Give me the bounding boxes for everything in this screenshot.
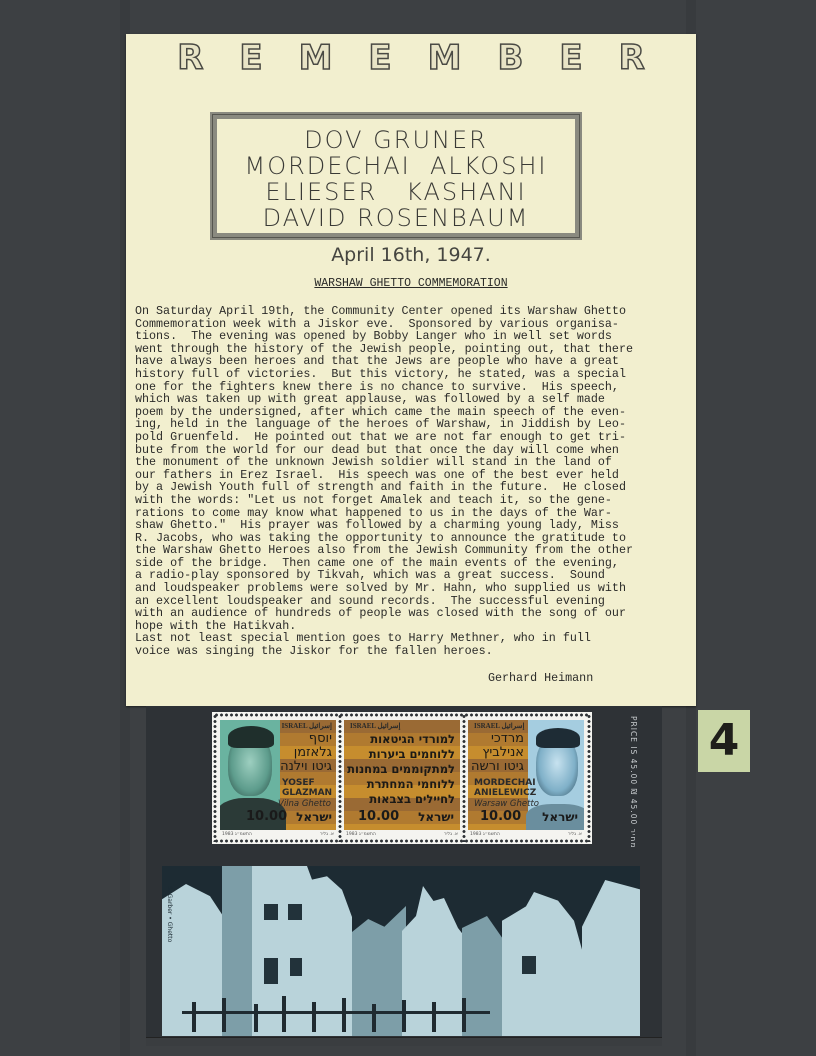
article-heading: WARSHAW GHETTO COMMEMORATION bbox=[126, 277, 696, 290]
memorial-name: DAVID ROSENBAUM bbox=[217, 205, 575, 231]
stamp-value: 10.00 bbox=[246, 809, 287, 824]
stamp-tab-text: א. גליר bbox=[444, 832, 458, 837]
perforation bbox=[213, 714, 217, 842]
perforation bbox=[338, 714, 342, 842]
stamp-place: Vilna Ghetto bbox=[278, 799, 331, 809]
stamp-place: Warsaw Ghetto bbox=[474, 799, 539, 809]
stamp-value: 10.00 bbox=[358, 809, 399, 824]
stamp-tab-text: 1983 התשמ״ג bbox=[222, 832, 252, 837]
stamp-hebrew-text: יוסף גלאזמן גיטו וילנה bbox=[280, 732, 332, 774]
sheet-edge bbox=[146, 1037, 662, 1046]
stamp-tab-text: 1983 התשמ״ג bbox=[346, 832, 376, 837]
stamp-value: 10.00 bbox=[480, 809, 521, 824]
handwritten-date: April 16th, 1947. bbox=[126, 244, 696, 266]
article-line: the monument of the unknown Jewish soldi… bbox=[135, 456, 695, 469]
article-line: shaw Ghetto." His prayer was followed by… bbox=[135, 519, 695, 532]
sheet-price-text: PRICE IS 45.00 ₪ 45.00 מחיר bbox=[624, 716, 638, 856]
perforation bbox=[214, 839, 590, 843]
article-line: the Warshaw Ghetto Heroes also from the … bbox=[135, 544, 695, 557]
article-line: pold Gruenfeld. He pointed out that we a… bbox=[135, 431, 695, 444]
stamp-strip: ISRAEL إسرائيل יוסף גלאזמן גיטו וילנה YO… bbox=[212, 712, 592, 844]
stamp-memorial-text: ISRAEL إسرائيل למורדי הגיטאות ללוחמים בי… bbox=[344, 720, 460, 830]
stamp-yosef-glazman: ISRAEL إسرائيل יוסף גלאזמן גיטו וילנה YO… bbox=[220, 720, 336, 830]
article-line: with the words: "Let us not forget Amale… bbox=[135, 494, 695, 507]
article-signature: Gerhard Heimann bbox=[488, 671, 593, 685]
stamp-tab-text: 1983 התשמ״ג bbox=[470, 832, 500, 837]
stamp-latin-name: MORDECHAI ANIELEWICZ bbox=[474, 778, 536, 798]
stamp-value-hebrew: ישראל bbox=[542, 810, 578, 824]
stamp-souvenir-sheet: PRICE IS 45.00 ₪ 45.00 מחיר ISRAEL إسرائ… bbox=[146, 706, 662, 1046]
article-line: which was taken up with great applause, … bbox=[135, 393, 695, 406]
stamp-hebrew-text: למורדי הגיטאות ללוחמים ביערות למתקוממים … bbox=[347, 732, 455, 807]
memorial-name: ELIESER KASHANI bbox=[217, 179, 575, 205]
memorial-name: MORDECHAI ALKOSHI bbox=[217, 153, 575, 179]
stamp-value-hebrew: ישראל bbox=[296, 810, 332, 824]
stamp-mordechai-anielewicz: ISRAEL إسرائيل מרדכי אנילביץ גיטו ורשה M… bbox=[468, 720, 584, 830]
stamp-country: ISRAEL إسرائيل bbox=[350, 722, 400, 730]
article-line: and loudspeaker problems were solved by … bbox=[135, 582, 695, 595]
article-line: voice was singing the Jiskor for the fal… bbox=[135, 645, 695, 658]
memorial-name: DOV GRUNER bbox=[217, 127, 575, 153]
stamp-hebrew-text: מרדכי אנילביץ גיטו ורשה bbox=[471, 732, 524, 774]
fence bbox=[182, 1011, 490, 1014]
stamp-tab-text: א. גליר bbox=[320, 832, 334, 837]
stamp-value-hebrew: ישראל bbox=[418, 810, 454, 824]
remember-banner: REMEMBER bbox=[126, 38, 696, 78]
stamp-country: ISRAEL إسرائيل bbox=[282, 722, 332, 730]
page-number-tag: 4 bbox=[698, 710, 750, 772]
artist-credit: S. Garber • Ghetto bbox=[166, 886, 173, 942]
perforation bbox=[214, 713, 590, 717]
article-line: On Saturday April 19th, the Community Ce… bbox=[135, 305, 695, 318]
article-line: with an audience of hundreds of people w… bbox=[135, 607, 695, 620]
article-line: history full of victories. But this vict… bbox=[135, 368, 695, 381]
newspaper-clipping: REMEMBER DOV GRUNER MORDECHAI ALKOSHI EL… bbox=[126, 34, 696, 706]
stamp-latin-name: YOSEF GLAZMAN bbox=[282, 778, 332, 798]
ghetto-ruins-artwork: S. Garber • Ghetto bbox=[162, 866, 640, 1036]
article-line: tions. The evening was opened by Bobby L… bbox=[135, 330, 695, 343]
perforation bbox=[462, 714, 466, 842]
memorial-names-box: DOV GRUNER MORDECHAI ALKOSHI ELIESER KAS… bbox=[210, 112, 582, 240]
perforation bbox=[587, 714, 591, 842]
stamp-tab-text: א. גליר bbox=[568, 832, 582, 837]
article-body: On Saturday April 19th, the Community Ce… bbox=[135, 305, 695, 658]
stamp-country: ISRAEL إسرائيل bbox=[474, 722, 524, 730]
